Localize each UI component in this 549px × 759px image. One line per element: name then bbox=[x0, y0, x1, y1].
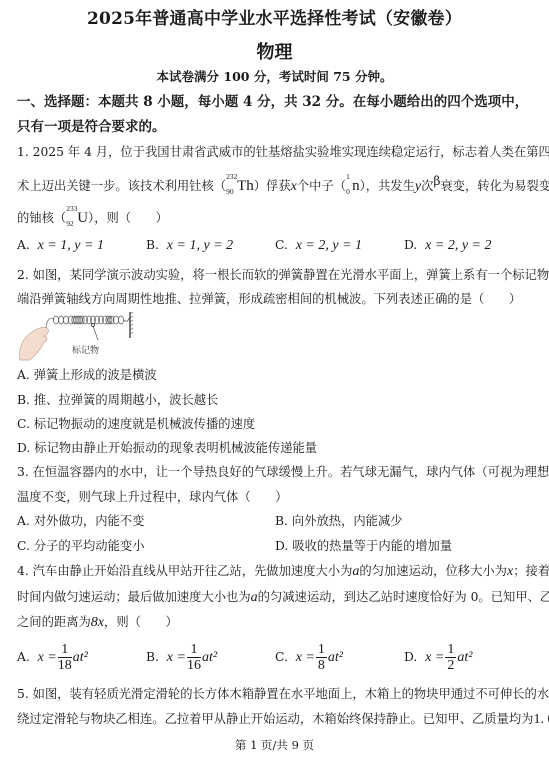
option-text: x = 2, y = 1 bbox=[296, 238, 362, 253]
question-text: ），共发生 bbox=[360, 179, 415, 193]
option-text: 推、拉弹簧的周期越小，波长越长 bbox=[34, 393, 218, 407]
equation-rhs: at² bbox=[73, 650, 88, 665]
q1-line-1: 1. 2025 年 4 月，位于我国甘肃省武威市的钍基熔盐实验堆实现连续稳定运行… bbox=[17, 144, 549, 160]
mass-number: 233 bbox=[66, 201, 77, 217]
mass-number: 1 bbox=[346, 169, 350, 185]
equation-lhs: x = bbox=[38, 650, 57, 665]
question-text: 个中子（ bbox=[297, 179, 346, 193]
option-text: x = 2, y = 2 bbox=[425, 238, 491, 253]
question-text: 的匀加速运动，位移大小为 bbox=[359, 564, 507, 578]
option-label: D. bbox=[404, 238, 417, 252]
q4-option-c[interactable]: C. x =18at² bbox=[275, 642, 343, 673]
mass-number: 232 bbox=[226, 169, 237, 185]
q1-option-d[interactable]: D. x = 2, y = 2 bbox=[404, 237, 492, 254]
atomic-number: 92 bbox=[66, 216, 74, 232]
q5-line-1: 5. 如图，装有轻质光滑定滑轮的长方体木箱静置在水平地面上，木箱上的物块甲通过不… bbox=[17, 686, 549, 702]
option-label: D. bbox=[17, 441, 30, 455]
numerator: 1 bbox=[58, 642, 72, 658]
distance-value: 8x bbox=[91, 615, 104, 630]
atomic-number: 0 bbox=[346, 184, 350, 200]
question-text: ，则（ ） bbox=[104, 615, 178, 629]
atomic-number: 90 bbox=[226, 184, 234, 200]
fraction: 18 bbox=[316, 642, 327, 673]
question-text: 术上迈出关键一步。该技术利用钍核（ bbox=[17, 179, 226, 193]
question-text: 在恒温容器内的水中，让一个导热良好的气球缓慢上升。若气球无漏气，球内气体（可视为… bbox=[33, 465, 549, 479]
question-text: 次 bbox=[421, 179, 433, 193]
question-text: 时间内做匀速运动；最后做加速度大小也为 bbox=[17, 590, 251, 604]
question-text: 2025 年 4 月，位于我国甘肃省武威市的钍基熔盐实验堆实现连续稳定运行，标志… bbox=[33, 145, 549, 159]
q1-option-b[interactable]: B. x = 1, y = 2 bbox=[146, 237, 233, 254]
q4-option-a[interactable]: A. x =118at² bbox=[17, 642, 88, 673]
q5-line-2: 绕过定滑轮与物块乙相连。乙拉着甲从静止开始运动，木箱始终保持静止。已知甲、乙质量… bbox=[17, 711, 549, 728]
q2-line-2: 端沿弹簧轴线方向周期性地推、拉弹簧，形成疏密相间的机械波。下列表述正确的是（ ） bbox=[17, 291, 521, 307]
denominator: 18 bbox=[58, 658, 72, 673]
beta-symbol: β bbox=[433, 174, 440, 188]
denominator: 8 bbox=[316, 658, 327, 673]
equation-rhs: at² bbox=[457, 650, 472, 665]
question-text: 如图，装有轻质光滑定滑轮的长方体木箱静置在水平地面上，木箱上的物块甲通过不可伸长… bbox=[33, 687, 549, 701]
question-text: 如图，某同学演示波动实验，将一根长而软的弹簧静置在光滑水平面上，弹簧上系有一个标… bbox=[33, 268, 549, 282]
q1-line-3: 的铀核（23392U），则（ ） bbox=[17, 210, 168, 226]
question-text: 的匀减速运动，到达乙站时速度恰好为 0。已知甲、乙两站 bbox=[258, 590, 549, 604]
option-label: B. bbox=[146, 650, 159, 664]
option-label: C. bbox=[17, 539, 30, 553]
numerator: 1 bbox=[187, 642, 201, 658]
fraction: 12 bbox=[445, 642, 456, 673]
question-text: ；接着在 bbox=[513, 564, 549, 578]
numerator: 1 bbox=[316, 642, 327, 658]
marker-label: 标记物 bbox=[72, 343, 99, 356]
q2-option-d[interactable]: D. 标记物由静止开始振动的现象表明机械波能传递能量 bbox=[17, 440, 317, 456]
denominator: 2 bbox=[445, 658, 456, 673]
option-text: 标记物振动的速度就是机械波传播的速度 bbox=[34, 417, 255, 431]
option-label: B. bbox=[275, 514, 288, 528]
option-label: C. bbox=[275, 650, 288, 664]
q3-option-b[interactable]: B. 向外放热，内能减少 bbox=[275, 513, 403, 529]
option-text: 向外放热，内能减少 bbox=[292, 514, 403, 528]
q4-option-d[interactable]: D. x =12at² bbox=[404, 642, 472, 673]
option-label: A. bbox=[17, 514, 30, 528]
option-label: D. bbox=[404, 650, 417, 664]
fraction: 116 bbox=[187, 642, 201, 673]
q2-line-1: 2. 如图，某同学演示波动实验，将一根长而软的弹簧静置在光滑水平面上，弹簧上系有… bbox=[17, 267, 549, 283]
option-text: 标记物由静止开始振动的现象表明机械波能传递能量 bbox=[34, 441, 317, 455]
page-footer: 第 1 页/共 9 页 bbox=[0, 737, 549, 753]
q1-option-a[interactable]: A. x = 1, y = 1 bbox=[17, 237, 104, 254]
q3-line-2: 温度不变，则气球上升过程中，球内气体（ ） bbox=[17, 489, 288, 505]
question-text: ），则（ ） bbox=[88, 211, 168, 225]
exam-note: 本试卷满分 100 分，考试时间 75 分钟。 bbox=[0, 67, 549, 85]
question-number: 5. bbox=[17, 687, 29, 701]
question-number: 2. bbox=[17, 268, 29, 282]
q2-option-c[interactable]: C. 标记物振动的速度就是机械波传播的速度 bbox=[17, 416, 255, 432]
q3-line-1: 3. 在恒温容器内的水中，让一个导热良好的气球缓慢上升。若气球无漏气，球内气体（… bbox=[17, 464, 549, 480]
q1-option-c[interactable]: C. x = 2, y = 1 bbox=[275, 237, 362, 254]
equation-rhs: at² bbox=[202, 650, 217, 665]
neutron-nuclide: 10n bbox=[346, 178, 360, 194]
question-number: 1. bbox=[17, 145, 29, 159]
option-label: A. bbox=[17, 368, 30, 382]
uranium-nuclide: 23392U bbox=[66, 210, 88, 226]
equation-lhs: x = bbox=[425, 650, 444, 665]
option-text: x = 1, y = 2 bbox=[167, 238, 233, 253]
option-label: B. bbox=[17, 393, 30, 407]
question-text: 衰变，转化为易裂变 bbox=[440, 179, 549, 193]
thorium-nuclide: 23290Th bbox=[226, 178, 254, 194]
question-text: 汽车由静止开始沿直线从甲站开往乙站，先做加速度大小为 bbox=[33, 564, 353, 578]
q3-option-a[interactable]: A. 对外做功，内能不变 bbox=[17, 513, 144, 529]
question-number: 4. bbox=[17, 564, 29, 578]
option-label: A. bbox=[17, 238, 30, 252]
fraction: 118 bbox=[58, 642, 72, 673]
spring-wave-figure: 标记物 bbox=[14, 310, 164, 362]
question-number: 3. bbox=[17, 465, 29, 479]
q4-line-2: 时间内做匀速运动；最后做加速度大小也为a的匀减速运动，到达乙站时速度恰好为 0。… bbox=[17, 589, 549, 606]
equation-lhs: x = bbox=[167, 650, 186, 665]
section-heading: 一、选择题：本题共 8 小题，每小题 4 分，共 32 分。在每小题给出的四个选… bbox=[17, 90, 537, 140]
option-label: D. bbox=[275, 539, 288, 553]
q2-option-b[interactable]: B. 推、拉弹簧的周期越小，波长越长 bbox=[17, 392, 218, 408]
subject-title: 物理 bbox=[0, 38, 549, 64]
q4-option-b[interactable]: B. x =116at² bbox=[146, 642, 217, 673]
option-text: 分子的平均动能变小 bbox=[34, 539, 145, 553]
q2-option-a[interactable]: A. 弹簧上形成的波是横波 bbox=[17, 367, 157, 383]
option-label: C. bbox=[275, 238, 288, 252]
option-text: 对外做功，内能不变 bbox=[34, 514, 145, 528]
q3-option-c[interactable]: C. 分子的平均动能变小 bbox=[17, 538, 145, 554]
equation-rhs: at² bbox=[328, 650, 343, 665]
page-title: 2025年普通高中学业水平选择性考试（安徽卷） bbox=[0, 4, 549, 29]
question-text: 之间的距离为 bbox=[17, 615, 91, 629]
option-label: C. bbox=[17, 417, 30, 431]
option-label: A. bbox=[17, 650, 30, 664]
question-text: 绕过定滑轮与物块乙相连。乙拉着甲从静止开始运动，木箱始终保持静止。已知甲、乙质量… bbox=[17, 712, 533, 726]
option-text: 吸收的热量等于内能的增加量 bbox=[292, 539, 452, 553]
numerator: 1 bbox=[445, 642, 456, 658]
option-text: x = 1, y = 1 bbox=[38, 238, 104, 253]
denominator: 16 bbox=[187, 658, 201, 673]
q1-line-2: 术上迈出关键一步。该技术利用钍核（23290Th）俘获x个中子（10n），共发生… bbox=[17, 178, 549, 195]
mass-value: 1. 0kg bbox=[533, 712, 549, 727]
q4-line-1: 4. 汽车由静止开始沿直线从甲站开往乙站，先做加速度大小为a的匀加速运动，位移大… bbox=[17, 563, 549, 580]
question-text: 的铀核（ bbox=[17, 211, 66, 225]
question-text: ）俘获 bbox=[254, 179, 291, 193]
q4-line-3: 之间的距离为8x，则（ ） bbox=[17, 614, 178, 631]
q3-option-d[interactable]: D. 吸收的热量等于内能的增加量 bbox=[275, 538, 452, 554]
option-label: B. bbox=[146, 238, 159, 252]
option-text: 弹簧上形成的波是横波 bbox=[34, 368, 157, 382]
equation-lhs: x = bbox=[296, 650, 315, 665]
variable-a: a bbox=[251, 590, 258, 605]
